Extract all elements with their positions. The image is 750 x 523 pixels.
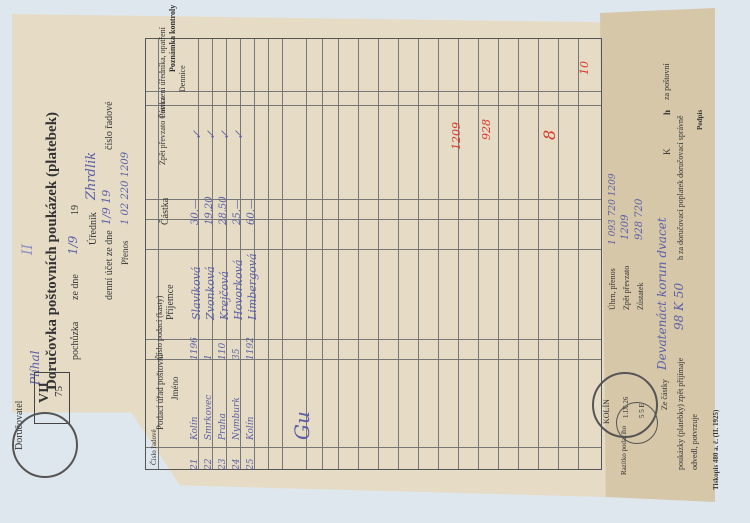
red-note: 10 bbox=[578, 61, 591, 75]
header-prijemce: Příjemce bbox=[165, 284, 176, 320]
odvedl-text: odvedl, potvrzuje bbox=[690, 414, 699, 470]
zustatek-label: Zůstatek bbox=[636, 282, 645, 310]
header-prenos: Přenos bbox=[120, 241, 130, 266]
header-castka: Částka bbox=[160, 198, 171, 225]
prijimaje-value: 98 K 50 bbox=[672, 283, 686, 330]
k-label: K bbox=[662, 149, 672, 156]
zustatek-value: 928 720 bbox=[634, 199, 645, 240]
denni-ucet-value: 1/9 19 bbox=[100, 190, 113, 225]
zpet-label: Zpět převzato bbox=[622, 266, 631, 310]
na-postovni-label: za poštovní bbox=[662, 63, 671, 100]
signature: Gu bbox=[290, 411, 314, 440]
red-note: 928 bbox=[480, 119, 493, 140]
denni-ucet-label: denní účet ze dne bbox=[104, 230, 115, 300]
dorucovaci-text: h za doručovací poplatek doručovací sprá… bbox=[676, 115, 685, 260]
poukazky-text: poukázky (platebky) zpět přijímaje bbox=[676, 358, 685, 470]
prenos-value: 1 02 220 1209 bbox=[120, 152, 131, 225]
ze-dne-label: ze dne bbox=[70, 274, 81, 300]
header-jmeno: Jméno bbox=[170, 377, 180, 401]
zpet-value: 1209 bbox=[620, 215, 631, 240]
postmark-stamp-inner bbox=[616, 402, 658, 444]
postmark-stamp-left bbox=[12, 412, 78, 478]
cislo-radove-label: číslo řadové bbox=[104, 101, 115, 150]
red-note: 8 bbox=[540, 130, 559, 140]
header-potvrzeni: Potvrzení úředníka, opatření bbox=[158, 27, 167, 118]
h-label: h bbox=[662, 110, 672, 115]
header-podaci-urad: Podací úřad poštovní bbox=[155, 354, 165, 430]
footer-print: Tiskopis 480 a. č. (II. 1925) bbox=[712, 410, 720, 490]
header-cislo-podaci: Číslo podací (kasty) bbox=[155, 296, 164, 360]
header-poznamka: Poznámka kontroly bbox=[168, 5, 177, 72]
podpis-label: Podpis bbox=[696, 110, 704, 130]
celkem-label: Úhrn, přenos bbox=[608, 268, 617, 310]
header-dennice: Denníce bbox=[178, 65, 187, 92]
urednik-value: Zhrdlik bbox=[84, 152, 99, 200]
header-cislo-radove: Číslo řadové bbox=[150, 429, 158, 465]
urednik-label: Úředník bbox=[88, 212, 99, 245]
pochuzka-label: pochůzka bbox=[70, 322, 81, 360]
celkem-value: 1 093 720 1209 bbox=[608, 173, 618, 245]
year-prefix: 19 bbox=[70, 205, 81, 215]
roman-mark: II bbox=[20, 244, 36, 255]
red-note: 1209 bbox=[450, 122, 463, 150]
ze-castky-label: Ze částky bbox=[660, 379, 669, 410]
ze-castky-value: Devatenáct korun dvacet bbox=[655, 217, 669, 370]
ze-dne-value: 1/9 bbox=[66, 236, 80, 255]
form-title: Doručovka poštovních poukázek (platebek) bbox=[44, 112, 61, 390]
